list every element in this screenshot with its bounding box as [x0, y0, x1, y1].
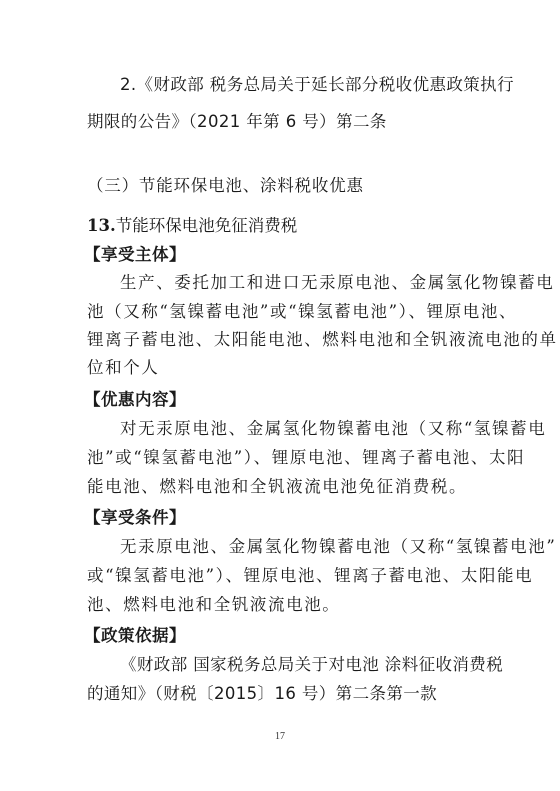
block-heading-conditions: 【享受条件】 [84, 508, 476, 528]
item-heading: 13.节能环保电池免征消费税 [87, 216, 479, 236]
block-line: 池”或“镍氢蓄电池”）、锂原电池、锂离子蓄电池、太阳 [87, 448, 479, 468]
item-number: 13. [87, 216, 116, 235]
reference-line-1: 2.《财政部 税务总局关于延长部分税收优惠政策执行 [120, 75, 512, 95]
block-line: 《财政部 国家税务总局关于对电池 涂料征收消费税 [120, 655, 512, 675]
block-heading-benefit: 【优惠内容】 [84, 390, 476, 410]
block-heading-beneficiary: 【享受主体】 [84, 245, 476, 265]
item-title: 节能环保电池免征消费税 [116, 216, 298, 235]
section-title: （三）节能环保电池、涂料税收优惠 [87, 176, 479, 196]
block-heading-policy-basis: 【政策依据】 [84, 626, 476, 646]
block-line: 或“镍氢蓄电池”）、锂原电池、锂离子蓄电池、太阳能电 [87, 566, 479, 586]
page-number: 17 [0, 731, 560, 742]
block-line: 对无汞原电池、金属氢化物镍蓄电池（又称“氢镍蓄电 [120, 419, 512, 439]
block-line: 位和个人 [87, 358, 479, 378]
block-line: 的通知》（财税〔2015〕16 号）第二条第一款 [87, 684, 479, 704]
block-line: 锂离子蓄电池、太阳能电池、燃料电池和全钒液流电池的单 [87, 330, 479, 350]
block-line: 池（又称“氢镍蓄电池”或“镍氢蓄电池”）、锂原电池、 [87, 302, 479, 322]
block-line: 池、燃料电池和全钒液流电池。 [87, 595, 479, 615]
block-line: 无汞原电池、金属氢化物镍蓄电池（又称“氢镍蓄电池” [120, 537, 512, 557]
document-page: 2.《财政部 税务总局关于延长部分税收优惠政策执行 期限的公告》（2021 年第… [0, 0, 560, 791]
block-line: 能电池、燃料电池和全钒液流电池免征消费税。 [87, 477, 479, 497]
reference-line-2: 期限的公告》（2021 年第 6 号）第二条 [87, 112, 479, 132]
block-line: 生产、委托加工和进口无汞原电池、金属氢化物镍蓄电 [120, 273, 512, 293]
